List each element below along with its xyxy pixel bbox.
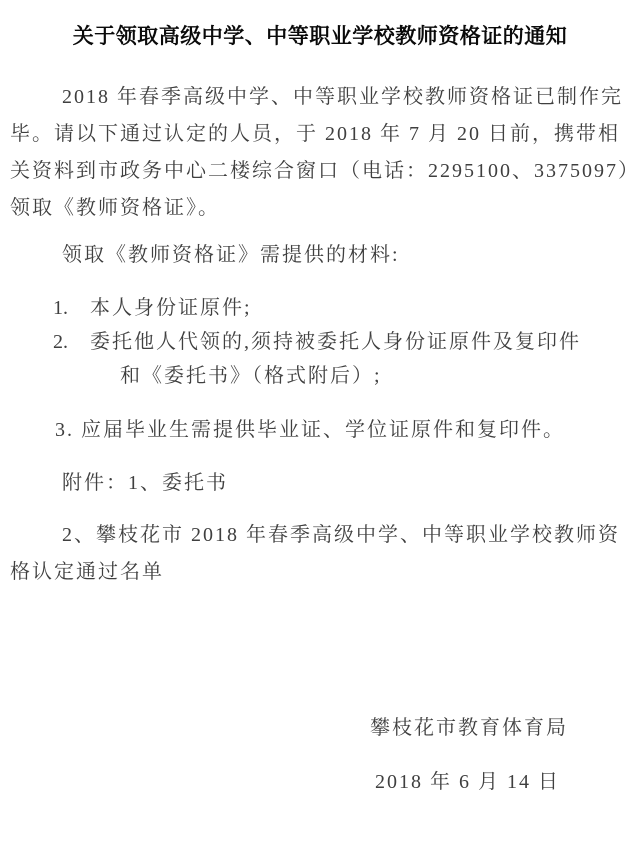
list-item-3: 3. 应届毕业生需提供毕业证、学位证原件和复印件。 [55, 412, 630, 449]
attachment-item-2-line-1: 2、攀枝花市 2018 年春季高级中学、中等职业学校教师资 [10, 517, 630, 554]
list-item-1-number: 1. [53, 291, 90, 325]
issue-date: 2018 年 6 月 14 日 [10, 764, 630, 801]
document-content: 关于领取高级中学、中等职业学校教师资格证的通知 2018 年春季高级中学、中等职… [0, 22, 640, 801]
attachment-item-2: 2、攀枝花市 2018 年春季高级中学、中等职业学校教师资 格认定通过名单 [10, 517, 630, 591]
list-item-1: 1. 本人身份证原件; [53, 291, 630, 325]
materials-heading: 领取《教师资格证》需提供的材料: [10, 237, 630, 274]
document-page: 关于领取高级中学、中等职业学校教师资格证的通知 2018 年春季高级中学、中等职… [0, 0, 640, 845]
intro-line-2: 毕。请以下通过认定的人员，于 2018 年 7 月 20 日前，携带相 [10, 116, 630, 153]
intro-line-1: 2018 年春季高级中学、中等职业学校教师资格证已制作完 [10, 79, 630, 116]
list-item-2-number: 2. [53, 325, 90, 393]
materials-list: 1. 本人身份证原件; 2. 委托他人代领的,须持被委托人身份证原件及复印件 和… [10, 291, 630, 393]
list-item-2-line-2: 和《委托书》（格式附后）; [120, 359, 581, 393]
list-item-2: 2. 委托他人代领的,须持被委托人身份证原件及复印件 和《委托书》（格式附后）; [53, 325, 630, 393]
intro-line-4: 领取《教师资格证》。 [10, 190, 630, 227]
page-title: 关于领取高级中学、中等职业学校教师资格证的通知 [10, 22, 630, 52]
intro-line-3: 关资料到市政务中心二楼综合窗口（电话：2295100、3375097） [10, 153, 630, 190]
attachment-heading: 附件：1、委托书 [10, 465, 630, 502]
paragraph-intro: 2018 年春季高级中学、中等职业学校教师资格证已制作完 毕。请以下通过认定的人… [10, 79, 630, 227]
issuer-signature: 攀枝花市教育体育局 [10, 710, 630, 747]
attachment-item-2-line-2: 格认定通过名单 [10, 554, 630, 591]
list-item-1-text: 本人身份证原件; [90, 291, 252, 325]
list-item-2-line-1: 委托他人代领的,须持被委托人身份证原件及复印件 [90, 325, 581, 359]
list-item-2-body: 委托他人代领的,须持被委托人身份证原件及复印件 和《委托书》（格式附后）; [90, 325, 581, 393]
